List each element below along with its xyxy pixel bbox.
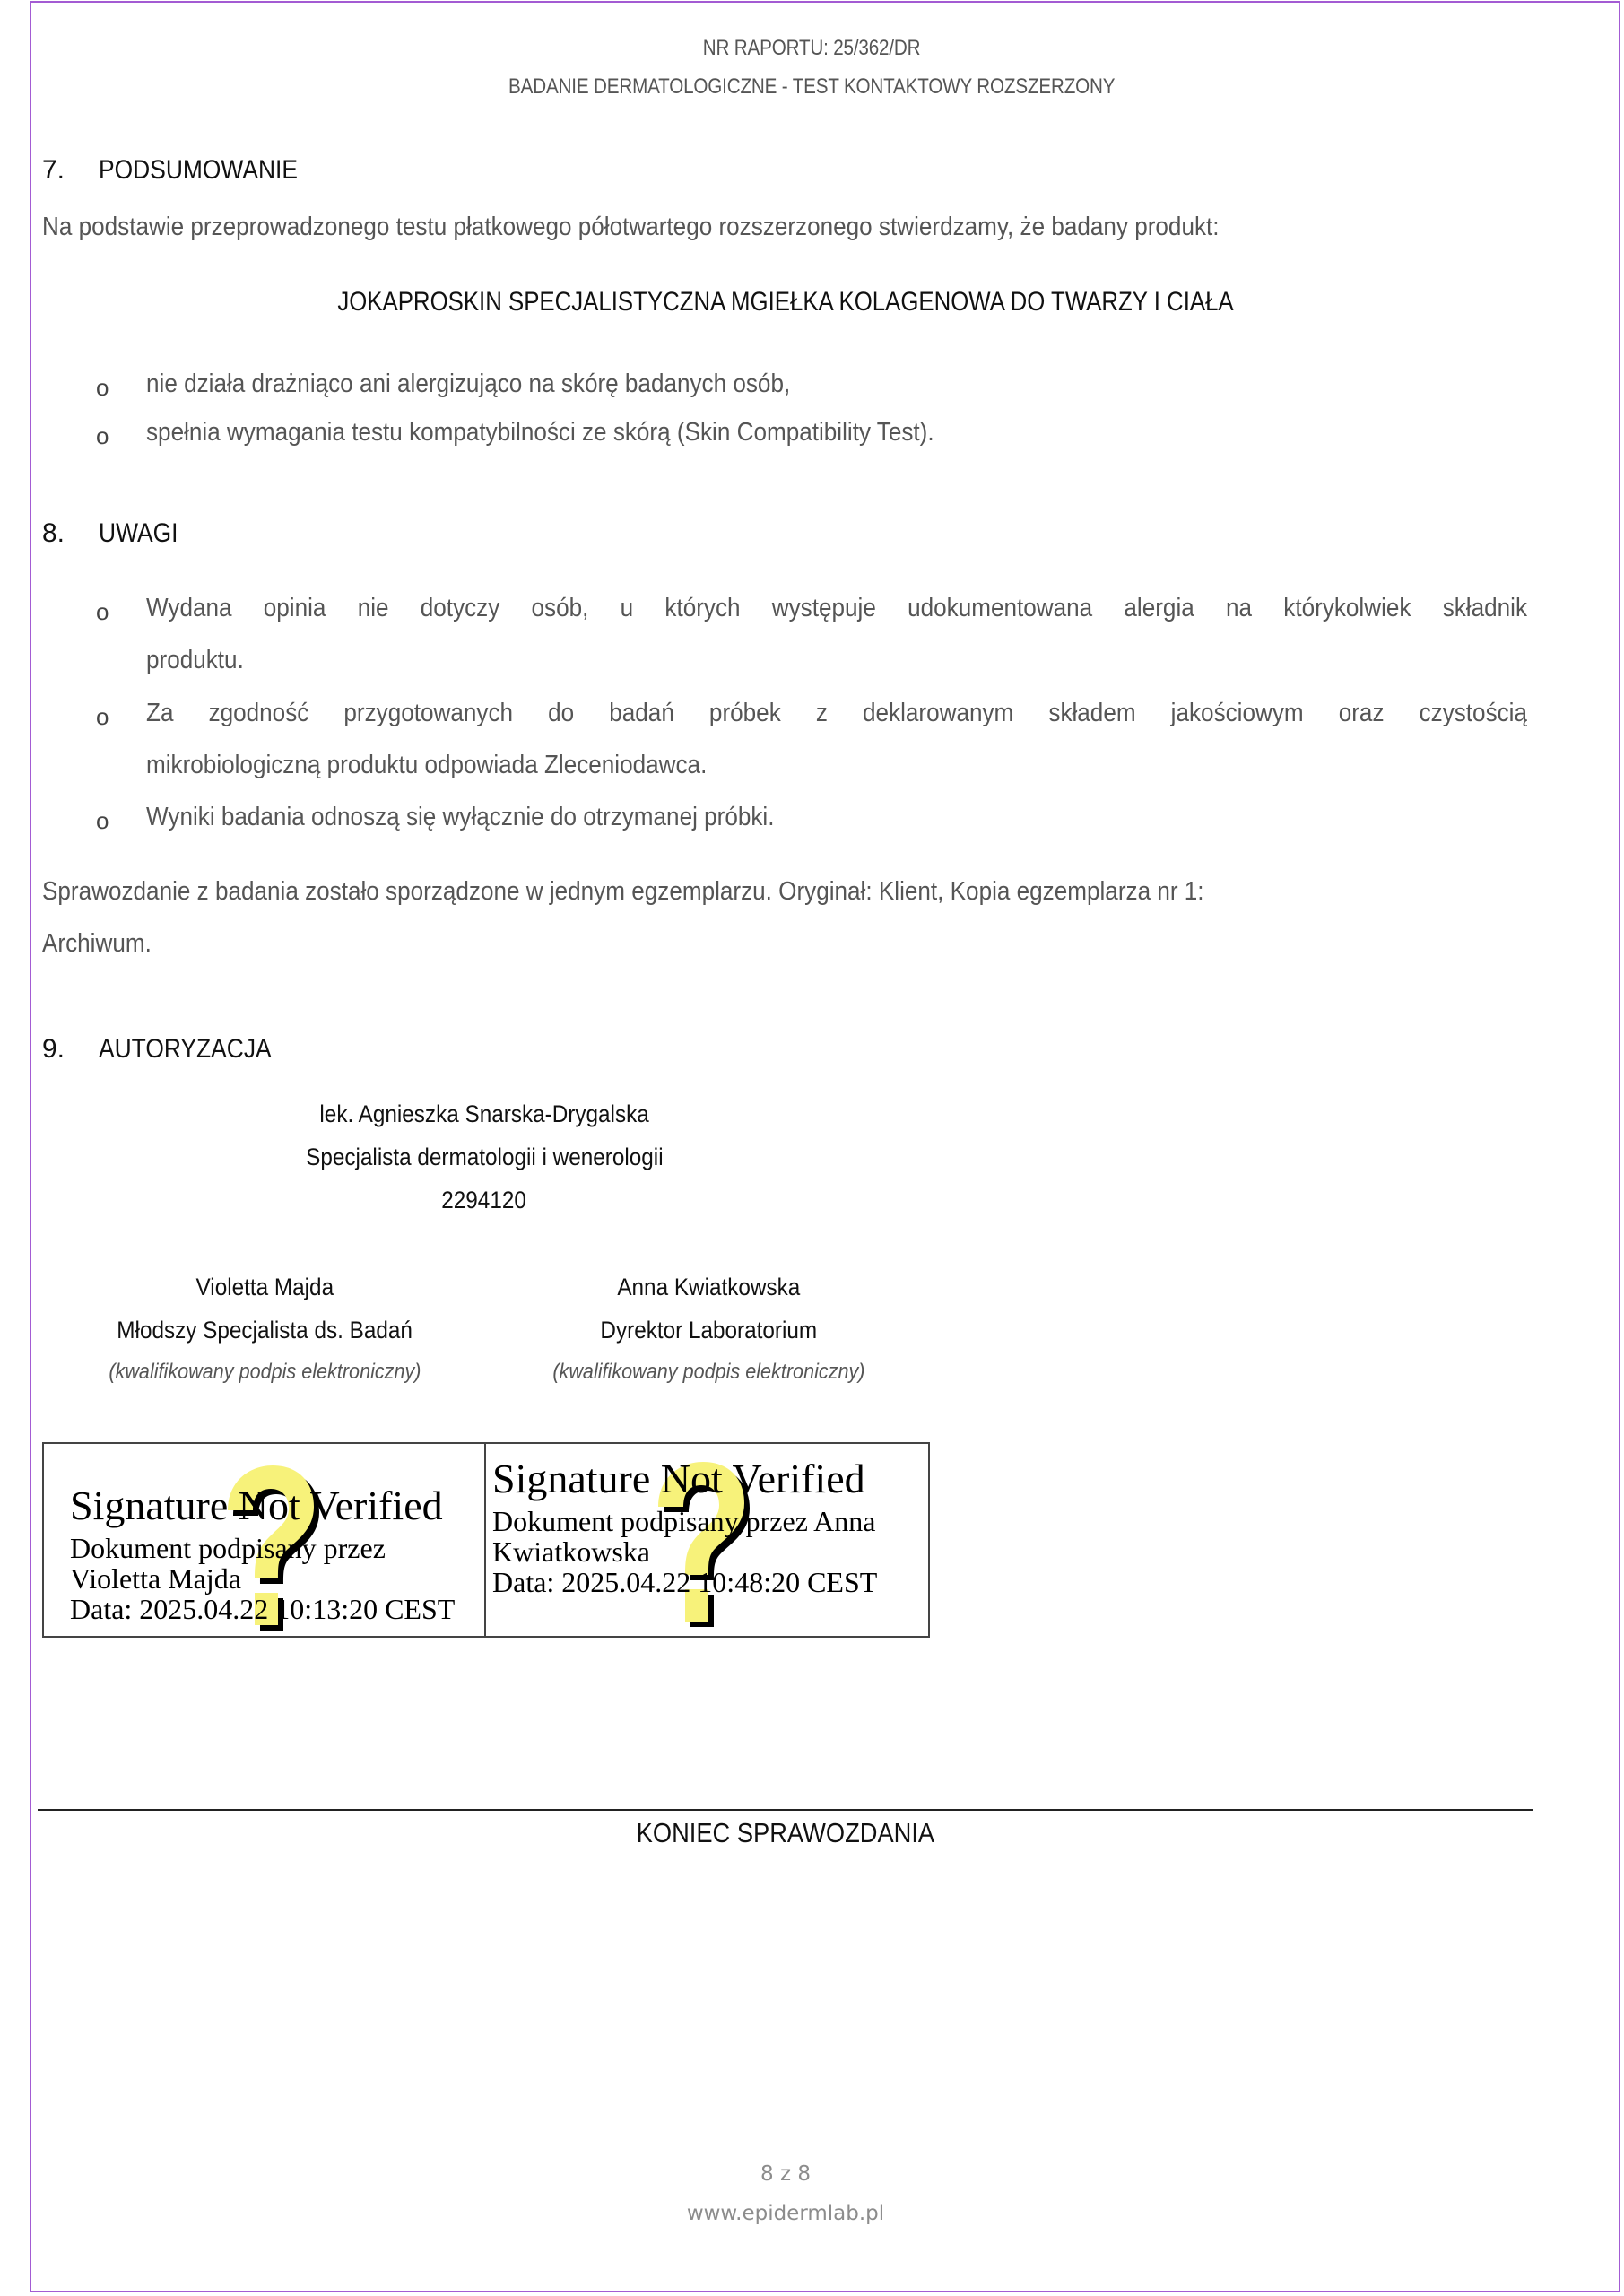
bullet-icon: o	[96, 807, 109, 835]
section-7-heading: 7.PODSUMOWANIE	[42, 155, 325, 186]
signature-line: Data: 2025.04.22 10:13:20 CEST	[70, 1594, 455, 1624]
remark-line: mikrobiologiczną produktu odpowiada Zlec…	[146, 751, 769, 780]
signer-signature-note: (kwalifikowany podpis elektroniczny)	[63, 1360, 466, 1385]
signature-status: Signature Not Verified	[492, 1455, 877, 1502]
section-8-heading: 8.UWAGI	[42, 518, 189, 549]
product-name: JOKAPROSKIN SPECJALISTYCZNA MGIEŁKA KOLA…	[0, 287, 1571, 317]
signature-line: Data: 2025.04.22 10:48:20 CEST	[492, 1567, 877, 1597]
physician-name: lek. Agnieszka Snarska-Drygalska	[260, 1100, 708, 1128]
physician-role: Specjalista dermatologii i wenerologii	[260, 1144, 708, 1171]
summary-bullet: nie działa drażniąco ani alergizująco na…	[146, 370, 862, 399]
section-9-heading: 9.AUTORYZACJA	[42, 1034, 295, 1065]
signature-line: Dokument podpisany przez Anna	[492, 1506, 877, 1536]
remark-line: Wyniki badania odnoszą się wyłącznie do …	[146, 803, 844, 832]
remark-line: Wydana opinia nie dotyczy osób, u któryc…	[146, 594, 1527, 623]
summary-bullet: spełnia wymagania testu kompatybilności …	[146, 418, 1021, 448]
signer-name: Anna Kwiatkowska	[502, 1274, 915, 1301]
signature-line: Dokument podpisany przez	[70, 1533, 455, 1563]
report-title: BADANIE DERMATOLOGICZNE - TEST KONTAKTOW…	[0, 74, 1624, 100]
report-number: NR RAPORTU: 25/362/DR	[0, 36, 1624, 61]
signature-divider	[484, 1442, 486, 1638]
signature-status: Signature Not Verified	[70, 1482, 455, 1529]
signature-line: Violetta Majda	[70, 1563, 455, 1594]
signer-name: Violetta Majda	[63, 1274, 466, 1301]
signature-box: Signature Not Verified Dokument podpisan…	[70, 1482, 455, 1624]
remark-line: produktu.	[146, 646, 255, 675]
website-link[interactable]: www.epidermlab.pl	[0, 2202, 1571, 2225]
page-number: 8 z 8	[0, 2162, 1571, 2186]
signature-box: Signature Not Verified Dokument podpisan…	[492, 1455, 877, 1597]
section-7-intro: Na podstawie przeprowadzonego testu płat…	[42, 213, 1350, 242]
bullet-icon: o	[96, 422, 109, 450]
signer-signature-note: (kwalifikowany podpis elektroniczny)	[502, 1360, 915, 1385]
report-copies-note-cont: Archiwum.	[42, 929, 163, 959]
signer-role: Dyrektor Laboratorium	[502, 1317, 915, 1344]
end-of-report: KONIEC SPRAWOZDANIA	[0, 1817, 1571, 1849]
signature-line: Kwiatkowska	[492, 1536, 877, 1567]
bullet-icon: o	[96, 374, 109, 402]
physician-license: 2294120	[260, 1187, 708, 1214]
signer-role: Młodszy Specjalista ds. Badań	[63, 1317, 466, 1344]
end-divider	[38, 1809, 1533, 1811]
bullet-icon: o	[96, 598, 109, 626]
remark-line: Za zgodność przygotowanych do badań prób…	[146, 699, 1527, 728]
report-copies-note: Sprawozdanie z badania zostało sporządzo…	[42, 877, 1333, 907]
bullet-icon: o	[96, 703, 109, 731]
